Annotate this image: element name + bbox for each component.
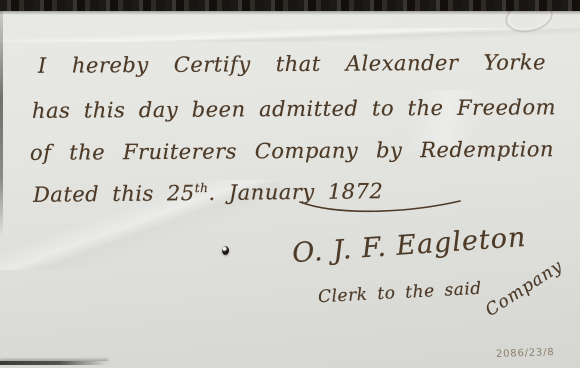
- signature-role: Clerk to the said: [318, 279, 483, 308]
- date-ordinal: th: [195, 181, 209, 195]
- scan-top-edge-shadow: [0, 11, 580, 15]
- certificate-line-2: has this day been admitted to the Freedo…: [32, 95, 556, 123]
- certificate-line-1: I hereby Certify that Alexander Yorke: [38, 50, 546, 78]
- scan-top-edge: [0, 0, 580, 11]
- scan-bottom-left-edge: [0, 361, 108, 365]
- scanned-certificate: I hereby Certify that Alexander Yorke ha…: [0, 0, 580, 368]
- certificate-line-3: of the Fruiterers Company by Redemption: [30, 137, 554, 165]
- signature-role-company: Company: [482, 256, 567, 321]
- signature-name: O. J. F. Eagleton: [291, 222, 527, 269]
- date-text: Dated this 25: [33, 181, 195, 207]
- puncture-hole: [222, 246, 229, 255]
- archive-reference-number: 2086/23/8: [496, 347, 555, 360]
- scan-left-edge: [0, 11, 3, 236]
- pen-flourish: [298, 196, 468, 216]
- paper-crease: [0, 28, 580, 42]
